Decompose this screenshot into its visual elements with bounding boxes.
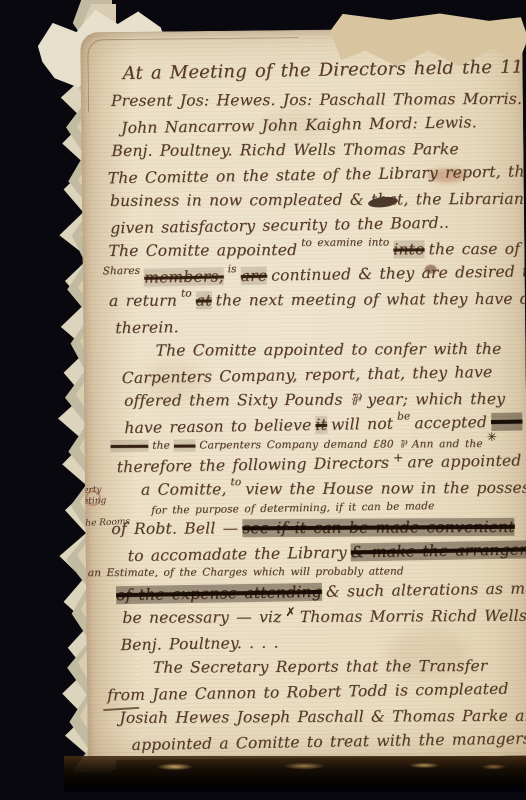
struck-text: & make the arrangem—	[351, 540, 526, 561]
handwritten-text: be necessary — viz	[122, 608, 281, 627]
handwritten-text: business in now compleated & that, the L…	[110, 190, 526, 210]
handwritten-text: have reason to believe	[124, 416, 311, 437]
struck-text: see if it can be made convenient	[242, 518, 515, 537]
handwritten-text: Present Jos: Hewes. Jos: Paschall Thomas…	[111, 90, 522, 110]
handwritten-text: are appointed	[407, 452, 521, 472]
inserted-text: for the purpose of determining, if it ca…	[151, 500, 434, 517]
handwritten-text: Benj. Poultney. Richd Wells Thomas Parke	[111, 140, 459, 160]
handwritten-text: to accomadate the Library	[128, 543, 347, 565]
handwritten-text: a Comitte,	[141, 480, 227, 498]
handwritten-text: view the House now in the possession	[245, 479, 526, 499]
handwritten-text: accepted	[414, 413, 487, 432]
inserted-text: be	[397, 410, 410, 422]
handwritten-text: The Comitte appointed to confer with the	[155, 340, 501, 360]
handwritten-text: from Jane Cannon to Robert Todd is compl…	[107, 680, 509, 705]
handwritten-text: the next meeting of what they have done	[216, 290, 526, 310]
handwritten-text: The Comitte on the state of the Library …	[108, 162, 526, 187]
manuscript-text: At a Meeting of the Directors held the 1…	[106, 52, 526, 757]
inserted-text: to examine into	[301, 236, 389, 248]
struck-text: at	[196, 291, 212, 309]
handwritten-text: The Secretary Reports that the Transfer	[153, 657, 488, 677]
handwritten-text: Benj. Poultney. . . .	[120, 634, 278, 655]
inserted-text: to	[181, 288, 192, 300]
struck-text: it	[315, 416, 327, 434]
inserted-text: to	[231, 476, 242, 488]
handwritten-text: therefore the following Directors	[117, 454, 390, 477]
handwritten-text: The Comitte appointed	[108, 241, 297, 260]
handwritten-text: offered them Sixty Pounds ⅌ year; which …	[124, 390, 505, 410]
handwritten-text: the	[152, 440, 170, 452]
struck-text: are	[241, 267, 268, 285]
annotation-mark: ✗	[285, 605, 295, 619]
inserted-text: an Estimate, of the Charges which will p…	[88, 565, 404, 579]
handwritten-text: therein.	[115, 318, 179, 337]
handwritten-text: John Nancarrow John Kaighn Mord: Lewis.	[121, 113, 477, 137]
handwritten-text: Carpenters Company, report, that, they h…	[122, 363, 493, 387]
manuscript-page: At a Meeting of the Directors held the 1…	[80, 28, 526, 761]
handwritten-text: will not	[331, 415, 394, 434]
book-page-block-edge	[64, 756, 526, 792]
struck-text: members,	[144, 267, 224, 286]
manuscript-line: appointed a Comitte to treat with the ma…	[131, 726, 526, 758]
annotation-mark: ✳	[487, 430, 497, 444]
photograph: At a Meeting of the Directors held the 1…	[0, 0, 526, 800]
struck-text: into	[393, 240, 424, 258]
handwritten-text: & such alterations as may	[326, 579, 526, 601]
struck-text: — ——	[111, 440, 149, 452]
struck-text: of the expense attending	[116, 583, 322, 604]
annotation-mark: +	[393, 450, 403, 464]
struck-text: ——	[174, 440, 195, 452]
handwritten-text: Josiah Hewes Joseph Paschall & Thomas Pa…	[119, 707, 526, 727]
inserted-text: is	[228, 263, 237, 275]
struck-text: ——	[491, 413, 523, 432]
handwritten-text: a return	[109, 292, 177, 310]
handwritten-text: given satisfactory security to the Board…	[110, 214, 449, 238]
handwritten-text: appointed a Comitte to treat with the ma…	[132, 728, 526, 754]
margin-annotation: ✛Libertymeetingforof the Rooms	[80, 473, 136, 531]
handwritten-text: Thomas Morris Richd Wells	[300, 607, 526, 626]
handwritten-text: the case of doubtful	[429, 239, 526, 258]
inserted-text: Shares	[103, 265, 141, 278]
handwritten-text: continued & they are desired to make	[271, 261, 526, 284]
